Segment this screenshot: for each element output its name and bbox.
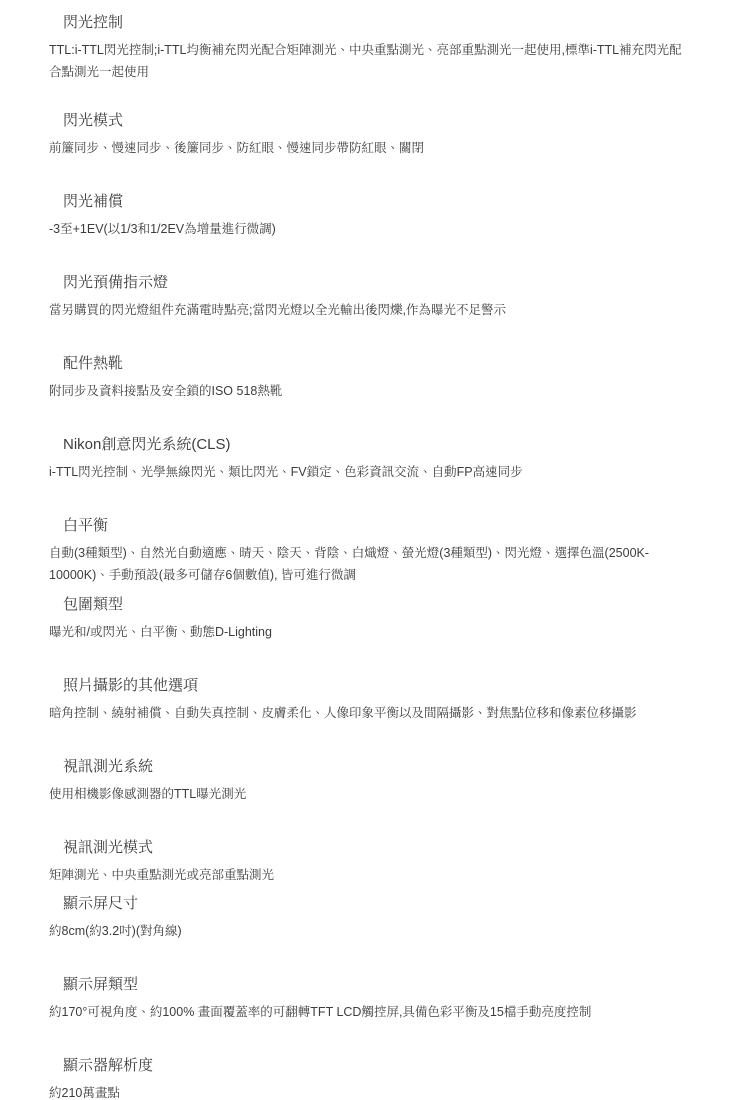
spec-term-label: 包圍類型 xyxy=(63,594,750,616)
spec-term-label: 閃光補償 xyxy=(63,191,750,213)
spec-definition-text: 當另購買的閃光燈組件充滿電時點亮;當閃光燈以全光輸出後閃爍,作為曝光不足警示 xyxy=(49,299,694,321)
spec-section: 閃光模式 前簾同步、慢速同步、後簾同步、防紅眼、慢速同步帶防紅眼、關閉 xyxy=(0,110,750,159)
spec-section: 視訊測光系統 使用相機影像感測器的TTL曝光測光 xyxy=(0,756,750,805)
spec-definition-text: 附同步及資料接點及安全鎖的ISO 518熱靴 xyxy=(49,380,694,402)
spec-section: 視訊測光模式 矩陣測光、中央重點測光或亮部重點測光 xyxy=(0,837,750,886)
spec-definition-text: 約210萬畫點 xyxy=(49,1082,694,1100)
spec-section: 配件熱靴 附同步及資料接點及安全鎖的ISO 518熱靴 xyxy=(0,353,750,402)
spec-section: 閃光補償 -3至+1EV(以1/3和1/2EV為增量進行微調) xyxy=(0,191,750,240)
spec-term-label: 視訊測光系統 xyxy=(63,756,750,778)
spec-definition-text: 約8cm(約3.2吋)(對角線) xyxy=(49,920,694,942)
spec-section: Nikon創意閃光系統(CLS) i-TTL閃光控制、光學無線閃光、類比閃光、F… xyxy=(0,434,750,483)
spec-section: 包圍類型 曝光和/或閃光、白平衡、動態D-Lighting xyxy=(0,594,750,643)
spec-definition-text: 矩陣測光、中央重點測光或亮部重點測光 xyxy=(49,864,694,886)
spec-definition-text: i-TTL閃光控制、光學無線閃光、類比閃光、FV鎖定、色彩資訊交流、自動FP高速… xyxy=(49,461,694,483)
spec-term-label: 照片攝影的其他選項 xyxy=(63,675,750,697)
spec-section: 閃光預備指示燈 當另購買的閃光燈組件充滿電時點亮;當閃光燈以全光輸出後閃爍,作為… xyxy=(0,272,750,321)
spec-page: 閃光控制 TTL:i-TTL閃光控制;i-TTL均衡補充閃光配合矩陣測光、中央重… xyxy=(0,0,750,1100)
spec-section: 顯示器解析度 約210萬畫點 xyxy=(0,1055,750,1100)
spec-term-label: 顯示屏尺寸 xyxy=(63,893,750,915)
spec-term-label: 顯示屏類型 xyxy=(63,974,750,996)
spec-section: 閃光控制 TTL:i-TTL閃光控制;i-TTL均衡補充閃光配合矩陣測光、中央重… xyxy=(0,12,750,83)
spec-term-label: Nikon創意閃光系統(CLS) xyxy=(63,434,750,456)
spec-definition-text: 曝光和/或閃光、白平衡、動態D-Lighting xyxy=(49,621,694,643)
spec-list: 閃光控制 TTL:i-TTL閃光控制;i-TTL均衡補充閃光配合矩陣測光、中央重… xyxy=(0,12,750,1100)
spec-section: 白平衡 自動(3種類型)、自然光自動適應、晴天、陰天、背陰、白熾燈、螢光燈(3種… xyxy=(0,515,750,586)
spec-definition-text: -3至+1EV(以1/3和1/2EV為增量進行微調) xyxy=(49,218,694,240)
spec-definition-text: 自動(3種類型)、自然光自動適應、晴天、陰天、背陰、白熾燈、螢光燈(3種類型)、… xyxy=(49,542,694,586)
spec-definition-text: 使用相機影像感測器的TTL曝光測光 xyxy=(49,783,694,805)
spec-section: 顯示屏尺寸 約8cm(約3.2吋)(對角線) xyxy=(0,893,750,942)
spec-term-label: 閃光控制 xyxy=(63,12,750,34)
spec-definition-text: 約170°可視角度、約100% 畫面覆蓋率的可翻轉TFT LCD觸控屏,具備色彩… xyxy=(49,1001,694,1023)
spec-term-label: 白平衡 xyxy=(63,515,750,537)
spec-term-label: 配件熱靴 xyxy=(63,353,750,375)
spec-term-label: 閃光模式 xyxy=(63,110,750,132)
spec-term-label: 閃光預備指示燈 xyxy=(63,272,750,294)
spec-section: 照片攝影的其他選項 暗角控制、繞射補償、自動失真控制、皮膚柔化、人像印象平衡以及… xyxy=(0,675,750,724)
spec-definition-text: TTL:i-TTL閃光控制;i-TTL均衡補充閃光配合矩陣測光、中央重點測光、亮… xyxy=(49,39,694,83)
spec-section: 顯示屏類型 約170°可視角度、約100% 畫面覆蓋率的可翻轉TFT LCD觸控… xyxy=(0,974,750,1023)
spec-term-label: 顯示器解析度 xyxy=(63,1055,750,1077)
spec-definition-text: 前簾同步、慢速同步、後簾同步、防紅眼、慢速同步帶防紅眼、關閉 xyxy=(49,137,694,159)
spec-term-label: 視訊測光模式 xyxy=(63,837,750,859)
spec-definition-text: 暗角控制、繞射補償、自動失真控制、皮膚柔化、人像印象平衡以及間隔攝影、對焦點位移… xyxy=(49,702,694,724)
